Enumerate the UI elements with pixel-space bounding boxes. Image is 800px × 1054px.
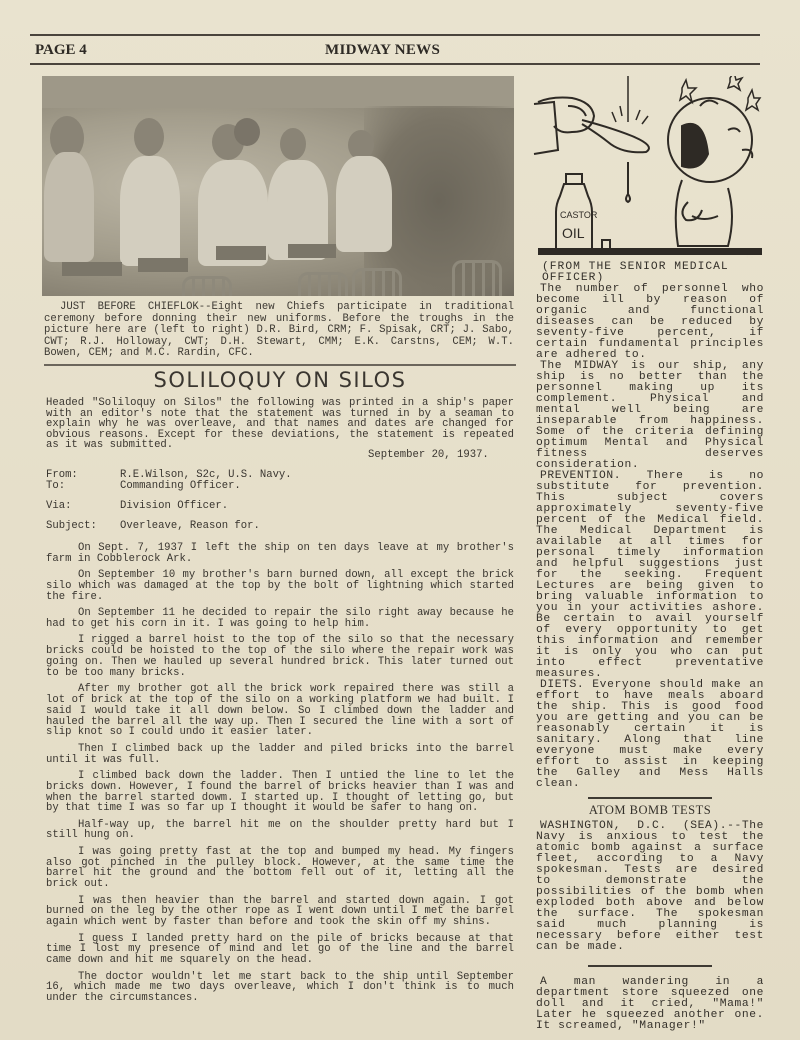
photo-caption: JUST BEFORE CHIEFLOK--Eight new Chiefs p…: [44, 302, 514, 360]
medical-paragraph: PREVENTION. There is no substitute for p…: [536, 471, 764, 680]
medical-paragraph: The MIDWAY is our ship, any ship is no b…: [536, 361, 764, 471]
article-date: September 20, 1937.: [368, 449, 489, 461]
masthead: PAGE 4 MIDWAY NEWS: [35, 40, 760, 60]
bottle-label-oil: OIL: [562, 225, 585, 241]
page-number: PAGE 4: [35, 42, 87, 59]
article-divider: [44, 364, 516, 366]
bottle-label-castor: CASTOR: [560, 210, 598, 220]
article-paragraph: Then I climbed back up the ladder and pi…: [46, 744, 514, 766]
atom-bomb-body: WASHINGTON, D.C. (SEA).--The Navy is anx…: [536, 821, 764, 953]
chiefs-photo: [42, 76, 514, 296]
article-paragraph: I was going pretty fast at the top and b…: [46, 847, 514, 890]
cartoon-base-bar: [538, 248, 762, 255]
article-paragraph: The doctor wouldn't let me start back to…: [46, 972, 514, 1004]
castor-oil-cartoon: CASTOR OIL P.: [532, 76, 768, 260]
medical-paragraph: DIETS. Everyone should make an effort to…: [536, 680, 764, 790]
article-paragraph: On Sept. 7, 1937 I left the ship on ten …: [46, 543, 514, 565]
article-paragraph: I climbed back down the ladder. Then I u…: [46, 771, 514, 814]
article-paragraph: I guess I landed pretty hard on the pile…: [46, 934, 514, 966]
article-paragraph: On September 10 my brother's barn burned…: [46, 570, 514, 602]
memo-subject: Subject:Overleave, Reason for.: [46, 520, 260, 532]
photo-caption-text: JUST BEFORE CHIEFLOK--Eight new Chiefs p…: [44, 302, 514, 360]
article-paragraph: On September 11 he decided to repair the…: [46, 608, 514, 630]
section-divider: [588, 797, 712, 799]
article-paragraph: I rigged a barrel hoist to the top of th…: [46, 635, 514, 678]
atom-bomb-heading: ATOM BOMB TESTS: [536, 805, 764, 816]
newspaper-page: PAGE 4 MIDWAY NEWS JUST BEFORE CHIEFLOK-…: [0, 0, 800, 1040]
publication-title: MIDWAY NEWS: [325, 42, 440, 59]
memo-to: To:Commanding Officer.: [46, 480, 241, 492]
medical-heading: (FROM THE SENIOR MEDICAL OFFICER): [536, 262, 764, 284]
right-column: (FROM THE SENIOR MEDICAL OFFICER) The nu…: [536, 262, 764, 1032]
memo-via: Via:Division Officer.: [46, 500, 228, 512]
section-divider: [588, 965, 712, 967]
page-edge: [0, 1040, 800, 1054]
masthead-rule: [30, 63, 760, 65]
article-paragraph: I was then heavier than the barrel and s…: [46, 896, 514, 928]
article-paragraph: After my brother got all the brick work …: [46, 684, 514, 738]
article-intro: Headed "Soliloquy on Silos" the followin…: [46, 398, 514, 451]
article-body: On Sept. 7, 1937 I left the ship on ten …: [46, 543, 514, 1010]
article-paragraph: Half-way up, the barrel hit me on the sh…: [46, 820, 514, 842]
top-rule: [30, 34, 760, 36]
joke-body: A man wandering in a department store sq…: [536, 977, 764, 1032]
article-headline: SOLILOQUY ON SILOS: [44, 368, 516, 392]
medical-paragraph: The number of personnel who become ill b…: [536, 284, 764, 361]
